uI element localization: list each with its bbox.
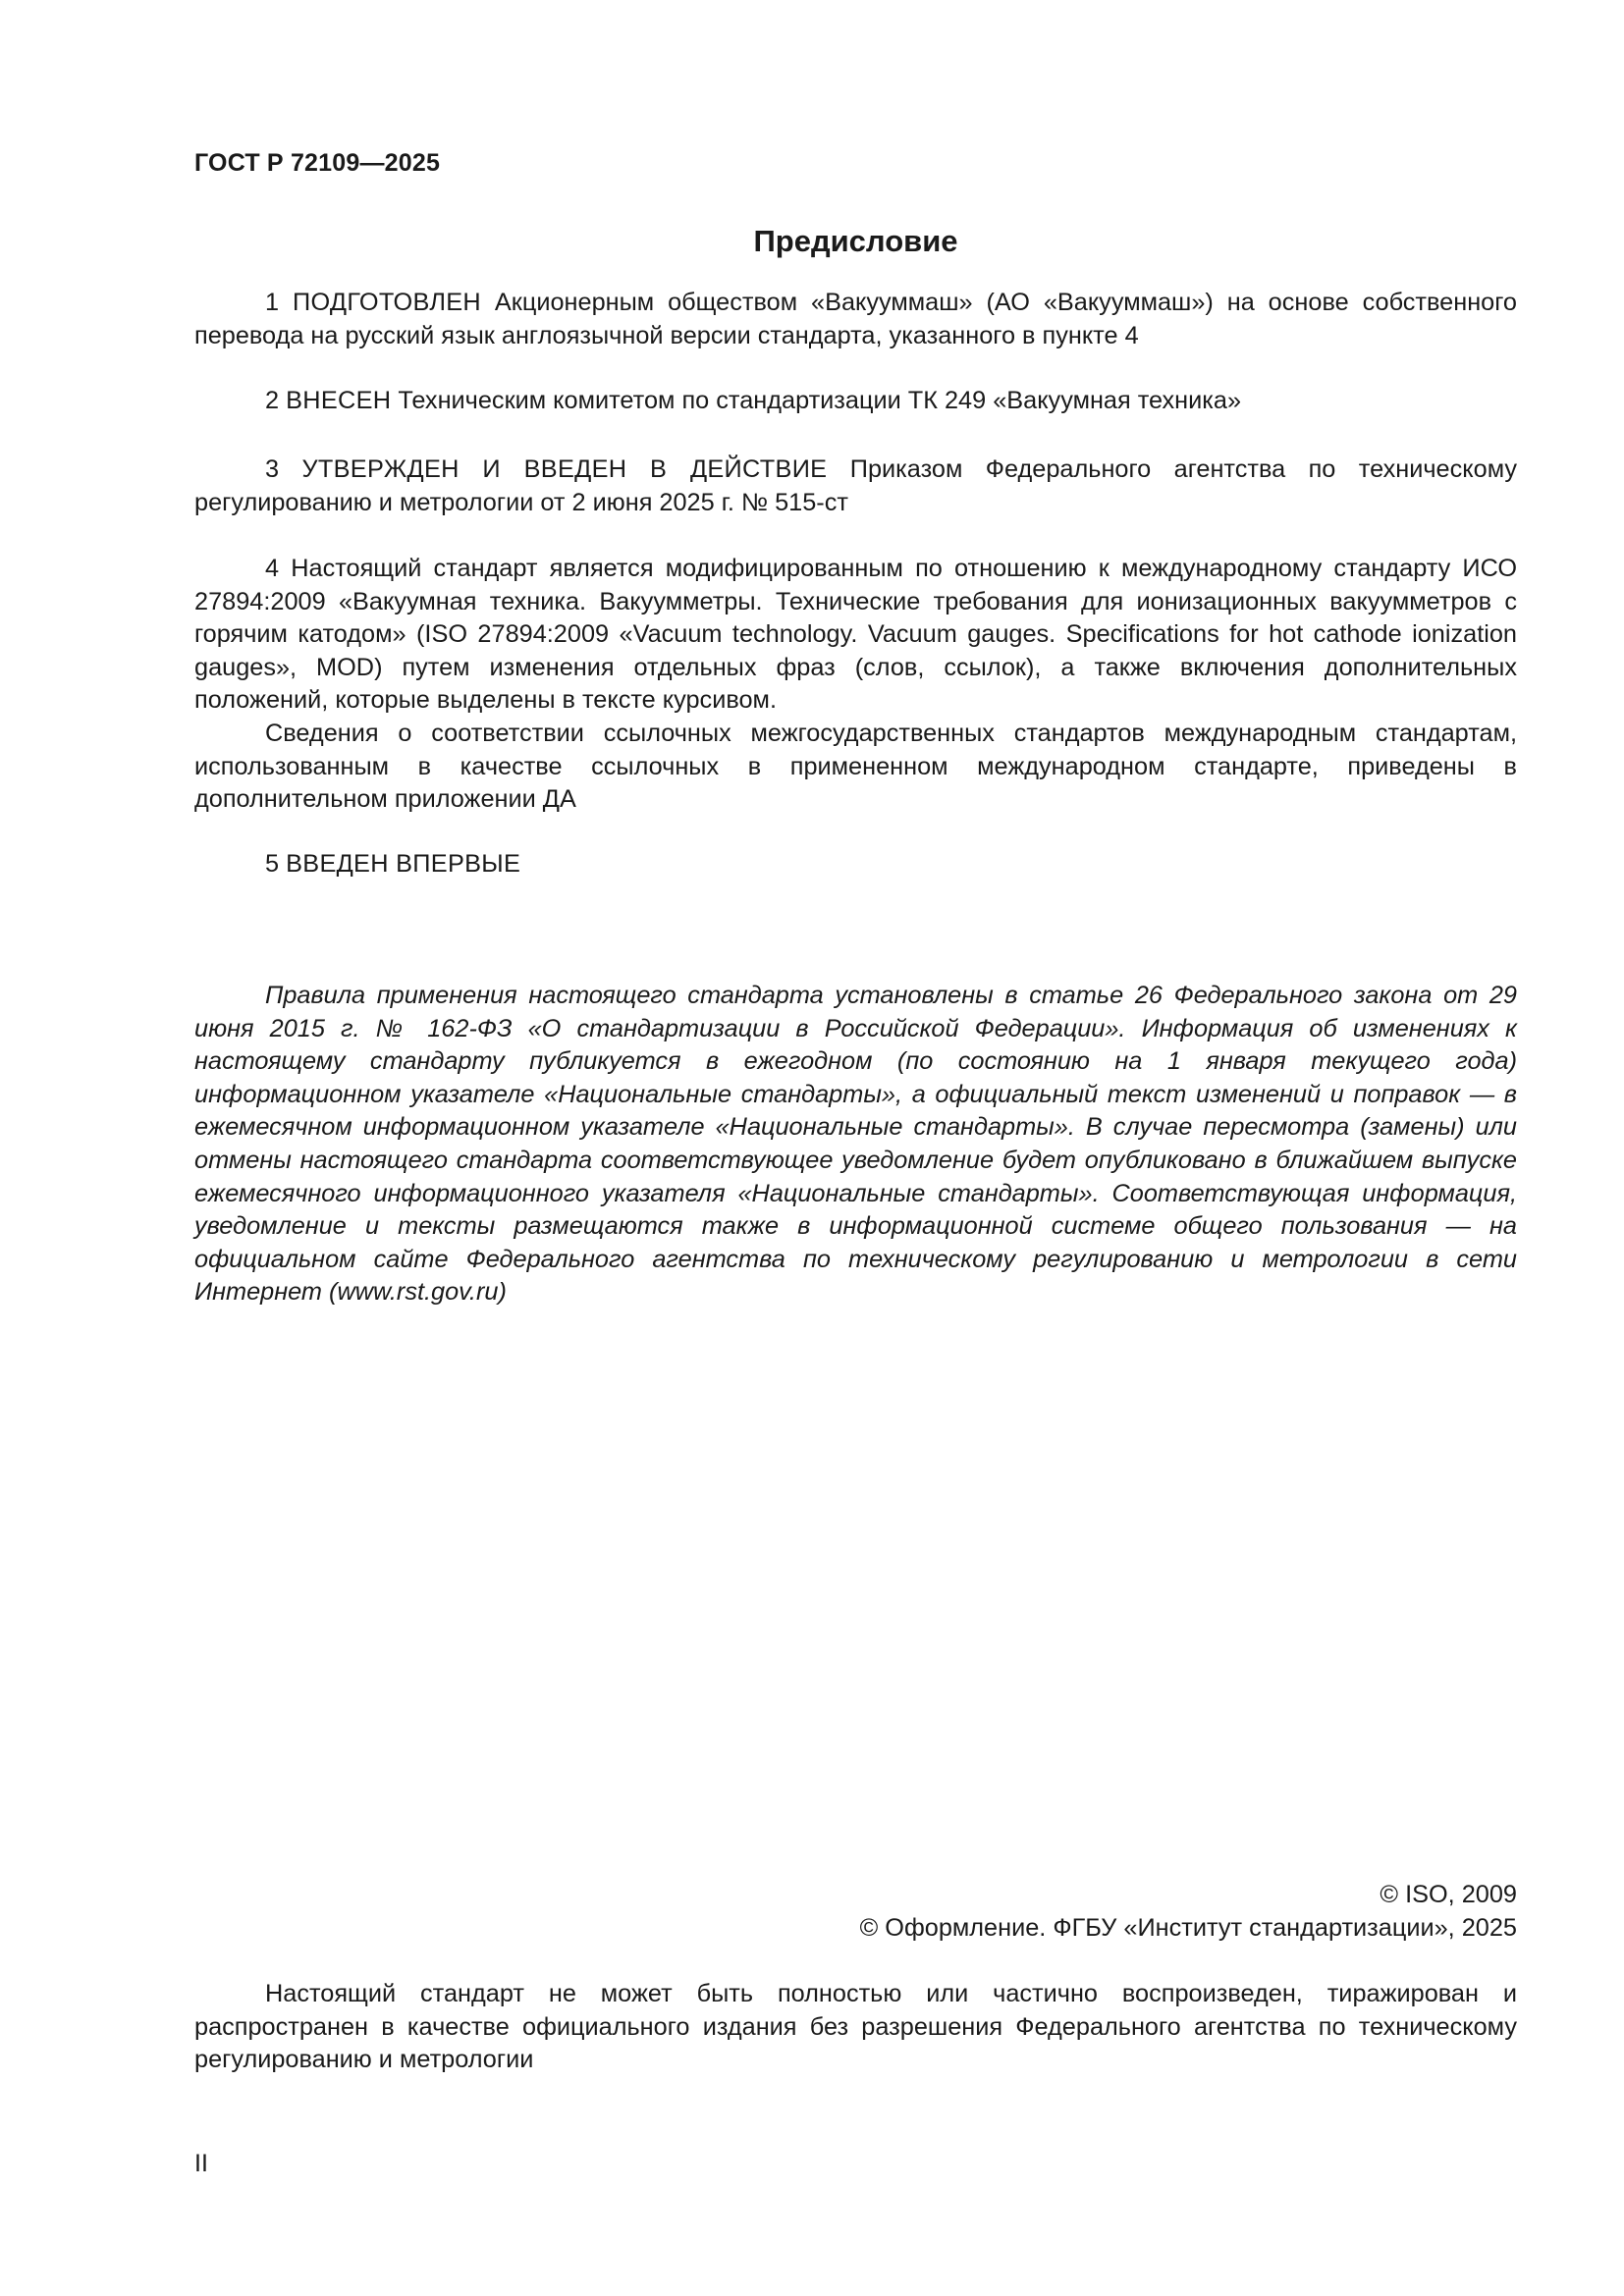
item-text: Техническим комитетом по стандартизации … xyxy=(398,387,1241,414)
item-lead: УТВЕРЖДЕН И ВВЕДЕН В ДЕЙСТВИЕ xyxy=(302,455,828,483)
page-number: II xyxy=(194,2150,208,2178)
copyright-design: © Оформление. ФГБУ «Институт стандартиза… xyxy=(860,1912,1517,1946)
copyright-iso: © ISO, 2009 xyxy=(1380,1879,1517,1912)
item-number: 3 xyxy=(265,455,279,483)
item-number: 1 xyxy=(265,289,279,316)
item-lead: ПОДГОТОВЛЕН xyxy=(293,289,481,316)
item-lead: ВВЕДЕН ВПЕРВЫЕ xyxy=(286,850,520,878)
foreword-item-1: 1 ПОДГОТОВЛЕН Акционерным обществом «Вак… xyxy=(194,287,1517,352)
item-lead: ВНЕСЕН xyxy=(286,387,391,414)
foreword-item-3: 3 УТВЕРЖДЕН И ВВЕДЕН В ДЕЙСТВИЕ Приказом… xyxy=(194,454,1517,519)
foreword-item-4: 4 Настоящий стандарт является модифициро… xyxy=(194,553,1517,718)
item-number: 5 xyxy=(265,850,279,878)
foreword-item-2: 2 ВНЕСЕН Техническим комитетом по станда… xyxy=(194,385,1517,418)
item-number: 2 xyxy=(265,387,279,414)
standard-code-header: ГОСТ Р 72109—2025 xyxy=(194,149,440,178)
item-number: 4 xyxy=(265,555,279,582)
item-text: Настоящий стандарт является модифицирова… xyxy=(194,555,1517,714)
rules-notice: Правила применения настоящего стандарта … xyxy=(194,980,1517,1309)
section-title: Предисловие xyxy=(194,224,1517,259)
reproduction-notice: Настоящий стандарт не может быть полност… xyxy=(194,1978,1517,2077)
foreword-item-5: 5 ВВЕДЕН ВПЕРВЫЕ xyxy=(194,848,1517,881)
foreword-item-4-continuation: Сведения о соответствии ссылочных межгос… xyxy=(194,718,1517,817)
